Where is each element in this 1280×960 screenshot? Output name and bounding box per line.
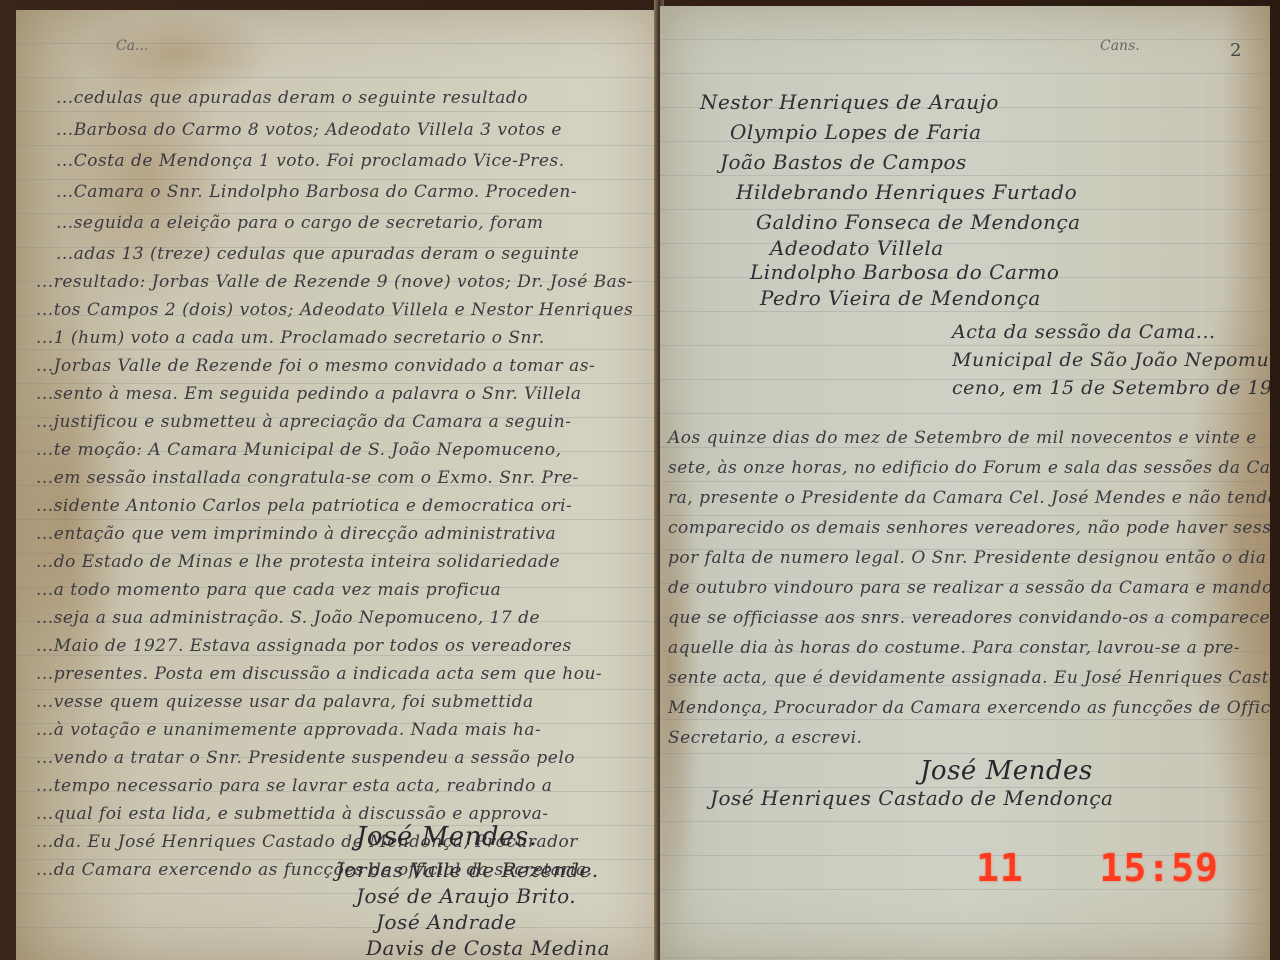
signature: Galdino Fonseca de Mendonça bbox=[756, 210, 1081, 234]
text-line: ...justificou e submetteu à apreciação d… bbox=[36, 412, 571, 432]
signature: Adeodato Villela bbox=[770, 236, 944, 260]
signature: Pedro Vieira de Mendonça bbox=[760, 286, 1041, 310]
text-line: ...cedulas que apuradas deram o seguinte… bbox=[56, 88, 528, 108]
signature: João Bastos de Campos bbox=[720, 150, 967, 174]
text-line: ...presentes. Posta em discussão a indic… bbox=[36, 664, 602, 684]
text-line: ...vendo a tratar o Snr. Presidente susp… bbox=[36, 748, 575, 768]
text-line: ...te moção: A Camara Municipal de S. Jo… bbox=[36, 440, 562, 460]
text-line: ...resultado: Jorbas Valle de Rezende 9 … bbox=[36, 272, 633, 292]
right-page: Cans. 2 Nestor Henriques de Araujo Olymp… bbox=[660, 6, 1270, 960]
text-line: ...Maio de 1927. Estava assignada por to… bbox=[36, 636, 572, 656]
text-line: ...em sessão installada congratula-se co… bbox=[36, 468, 579, 488]
photographed-ledger: Ca... ...cedulas que apuradas deram o se… bbox=[0, 0, 1280, 960]
text-line: sete, às onze horas, no edificio do Foru… bbox=[668, 458, 1270, 478]
text-line: que se officiasse aos snrs. vereadores c… bbox=[668, 608, 1270, 628]
text-line: ...à votação e unanimemente approvada. N… bbox=[36, 720, 541, 740]
signature: Olympio Lopes de Faria bbox=[730, 120, 982, 144]
text-line: de outubro vindouro para se realizar a s… bbox=[668, 578, 1270, 598]
signature: Lindolpho Barbosa do Carmo bbox=[750, 260, 1059, 284]
text-line: por falta de numero legal. O Snr. Presid… bbox=[668, 548, 1270, 568]
text-line: ...Costa de Mendonça 1 voto. Foi proclam… bbox=[56, 151, 565, 171]
text-line: Mendonça, Procurador da Camara exercendo… bbox=[668, 698, 1270, 718]
text-line: ...tos Campos 2 (dois) votos; Adeodato V… bbox=[36, 300, 633, 320]
left-corner-mark: Ca... bbox=[116, 38, 148, 54]
text-line: ...Jorbas Valle de Rezende foi o mesmo c… bbox=[36, 356, 595, 376]
text-line: ...Camara o Snr. Lindolpho Barbosa do Ca… bbox=[56, 182, 577, 202]
text-line: ...a todo momento para que cada vez mais… bbox=[36, 580, 501, 600]
text-line: Secretario, a escrevi. bbox=[668, 728, 862, 748]
signature: José Henriques Castado de Mendonça bbox=[710, 786, 1113, 810]
water-stain bbox=[76, 10, 276, 100]
text-line: ...qual foi esta lida, e submettida à di… bbox=[36, 804, 548, 824]
right-corner-mark: Cans. bbox=[1100, 38, 1140, 54]
text-line: comparecido os demais senhores vereadore… bbox=[668, 518, 1270, 538]
text-line: ...Barbosa do Carmo 8 votos; Adeodato Vi… bbox=[56, 120, 562, 140]
signature: Nestor Henriques de Araujo bbox=[700, 90, 999, 114]
timestamp-day: 11 bbox=[976, 846, 1024, 890]
text-line: ...entação que vem imprimindo à direcção… bbox=[36, 524, 556, 544]
heading-line: ceno, em 15 de Setembro de 1927 bbox=[952, 372, 1270, 404]
signature: Davis de Costa Medina bbox=[366, 936, 610, 960]
text-line: ...seguida a eleição para o cargo de sec… bbox=[56, 213, 543, 233]
text-line: ra, presente o Presidente da Camara Cel.… bbox=[668, 488, 1270, 508]
signature: Hildebrando Henriques Furtado bbox=[736, 180, 1077, 204]
signature: José Andrade bbox=[376, 910, 517, 934]
text-line: aquelle dia às horas do costume. Para co… bbox=[668, 638, 1240, 658]
text-line: Aos quinze dias do mez de Setembro de mi… bbox=[668, 428, 1257, 448]
text-line: ...1 (hum) voto a cada um. Proclamado se… bbox=[36, 328, 545, 348]
camera-date-time-stamp: 11 15:59 bbox=[976, 846, 1219, 890]
text-line: ...seja a sua administração. S. João Nep… bbox=[36, 608, 540, 628]
text-line: sente acta, que é devidamente assignada.… bbox=[668, 668, 1270, 688]
signature: José Mendes bbox=[920, 756, 1093, 786]
signature: José de Araujo Brito. bbox=[356, 884, 576, 908]
text-line: ...vesse quem quizesse usar da palavra, … bbox=[36, 692, 534, 712]
page-number: 2 bbox=[1230, 40, 1241, 61]
left-page: Ca... ...cedulas que apuradas deram o se… bbox=[16, 10, 656, 960]
text-line: ...sento à mesa. Em seguida pedindo a pa… bbox=[36, 384, 582, 404]
text-line: ...tempo necessario para se lavrar esta … bbox=[36, 776, 552, 796]
text-line: ...do Estado de Minas e lhe protesta int… bbox=[36, 552, 560, 572]
timestamp-time: 15:59 bbox=[1100, 846, 1219, 890]
text-line: ...sidente Antonio Carlos pela patriotic… bbox=[36, 496, 572, 516]
signature: Jorbas Valle de Rezende. bbox=[336, 858, 599, 882]
text-line: ...adas 13 (treze) cedulas que apuradas … bbox=[56, 244, 579, 264]
signature: José Mendes. bbox=[356, 822, 537, 852]
